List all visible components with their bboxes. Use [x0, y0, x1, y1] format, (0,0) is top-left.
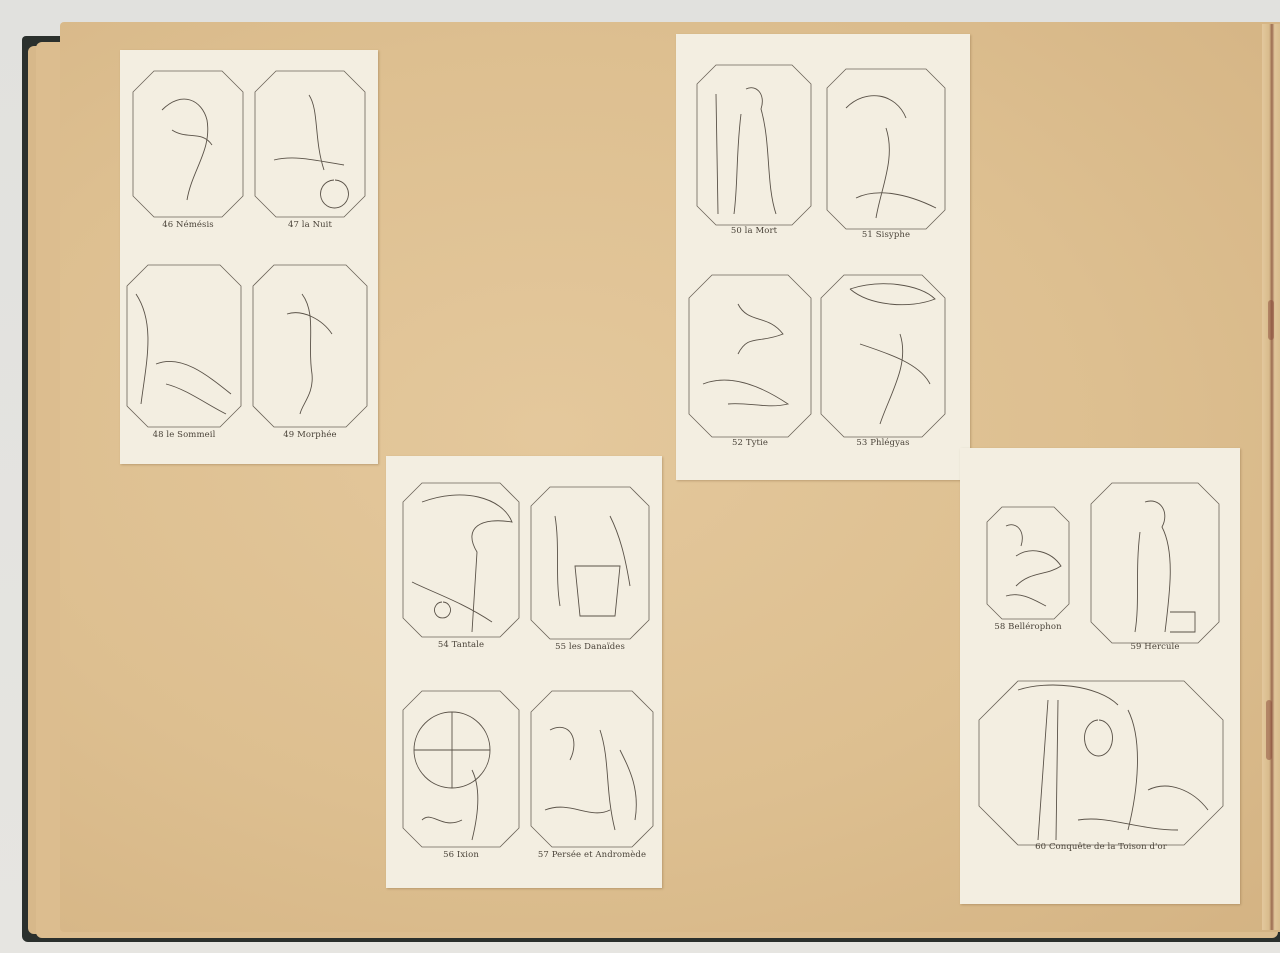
plate-55: 55 les Danaïdes: [530, 486, 650, 654]
engraving-sheet-3: 54 Tantale 55 les Danaïdes 56 Ixion 57 P…: [386, 456, 662, 888]
octagon-frame-icon: [986, 506, 1070, 620]
plate-56: 56 Ixion: [402, 690, 520, 862]
octagon-frame-icon: [254, 70, 366, 218]
plate-54: 54 Tantale: [402, 482, 520, 650]
stain: [1268, 300, 1274, 340]
plate-58: 58 Bellérophon: [986, 506, 1070, 638]
plate-caption: 54 Tantale: [402, 640, 520, 650]
plate-caption: 60 Conquête de la Toison d'or: [978, 842, 1224, 852]
plate-caption: 52 Tytie: [688, 438, 812, 448]
octagon-frame-icon: [402, 690, 520, 848]
plate-60: 60 Conquête de la Toison d'or: [978, 680, 1224, 860]
plate-caption: 51 Sisyphe: [826, 230, 946, 240]
octagon-frame-icon: [126, 264, 242, 428]
plate-caption: 56 Ixion: [402, 850, 520, 860]
octagon-frame-icon: [252, 264, 368, 428]
plate-51: 51 Sisyphe: [826, 68, 946, 244]
plate-caption: 49 Morphée: [252, 430, 368, 440]
octagon-frame-icon: [132, 70, 244, 218]
plate-48: 48 le Sommeil: [126, 264, 242, 444]
octagon-frame-icon: [688, 274, 812, 438]
plate-caption: 53 Phlégyas: [820, 438, 946, 448]
plate-caption: 57 Persée et Andromède: [530, 850, 654, 860]
octagon-frame-icon: [530, 486, 650, 640]
octagon-frame-icon: [978, 680, 1224, 846]
engraving-sheet-1: 46 Némésis 47 la Nuit 48 le Sommeil 49 M…: [120, 50, 378, 464]
engraving-sheet-2: 50 la Mort 51 Sisyphe 52 Tytie 53 Phlégy…: [676, 34, 970, 480]
plate-49: 49 Morphée: [252, 264, 368, 444]
plate-caption: 58 Bellérophon: [986, 622, 1070, 632]
stain: [1266, 700, 1272, 760]
plate-46: 46 Némésis: [132, 70, 244, 230]
plate-53: 53 Phlégyas: [820, 274, 946, 450]
plate-caption: 48 le Sommeil: [126, 430, 242, 440]
engraving-sheet-4: 58 Bellérophon 59 Hercule 60 Conquête de…: [960, 448, 1240, 904]
plate-47: 47 la Nuit: [254, 70, 366, 230]
plate-caption: 46 Némésis: [132, 220, 244, 230]
plate-caption: 59 Hercule: [1090, 642, 1220, 652]
page-right-edge: [1262, 24, 1280, 930]
plate-59: 59 Hercule: [1090, 482, 1220, 658]
plate-57: 57 Persée et Andromède: [530, 690, 654, 862]
octagon-frame-icon: [1090, 482, 1220, 644]
plate-50: 50 la Mort: [696, 64, 812, 240]
octagon-frame-icon: [826, 68, 946, 230]
octagon-frame-icon: [696, 64, 812, 226]
plate-52: 52 Tytie: [688, 274, 812, 450]
plate-caption: 50 la Mort: [696, 226, 812, 236]
octagon-frame-icon: [530, 690, 654, 848]
octagon-frame-icon: [402, 482, 520, 638]
plate-caption: 47 la Nuit: [254, 220, 366, 230]
plate-caption: 55 les Danaïdes: [530, 642, 650, 652]
octagon-frame-icon: [820, 274, 946, 438]
